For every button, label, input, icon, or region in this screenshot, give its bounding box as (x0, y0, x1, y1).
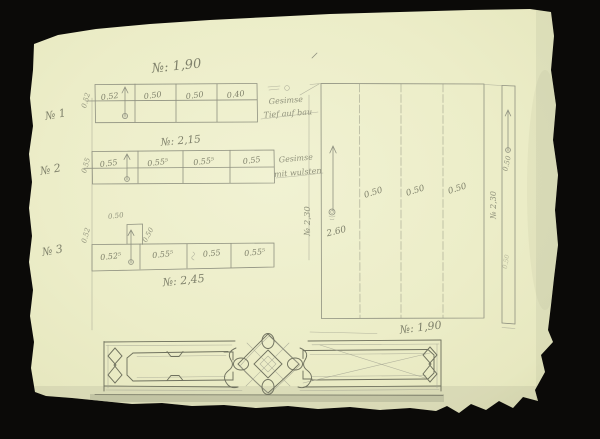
row3-cell-dim-3: 0.55 (202, 248, 221, 259)
panel-side-label: № 2,30 (303, 206, 313, 237)
strip-side-label: № 2,30 (489, 191, 498, 220)
scan-canvas: №: 1,90 № 1 0.52 0.50 0.50 0.40 0.52 Ges… (0, 0, 600, 439)
paper-sheet (29, 9, 558, 413)
scanned-drawing: №: 1,90 № 1 0.52 0.50 0.50 0.40 0.52 Ges… (0, 0, 600, 439)
row3-notch-top-dim: 0.50 (108, 211, 125, 221)
